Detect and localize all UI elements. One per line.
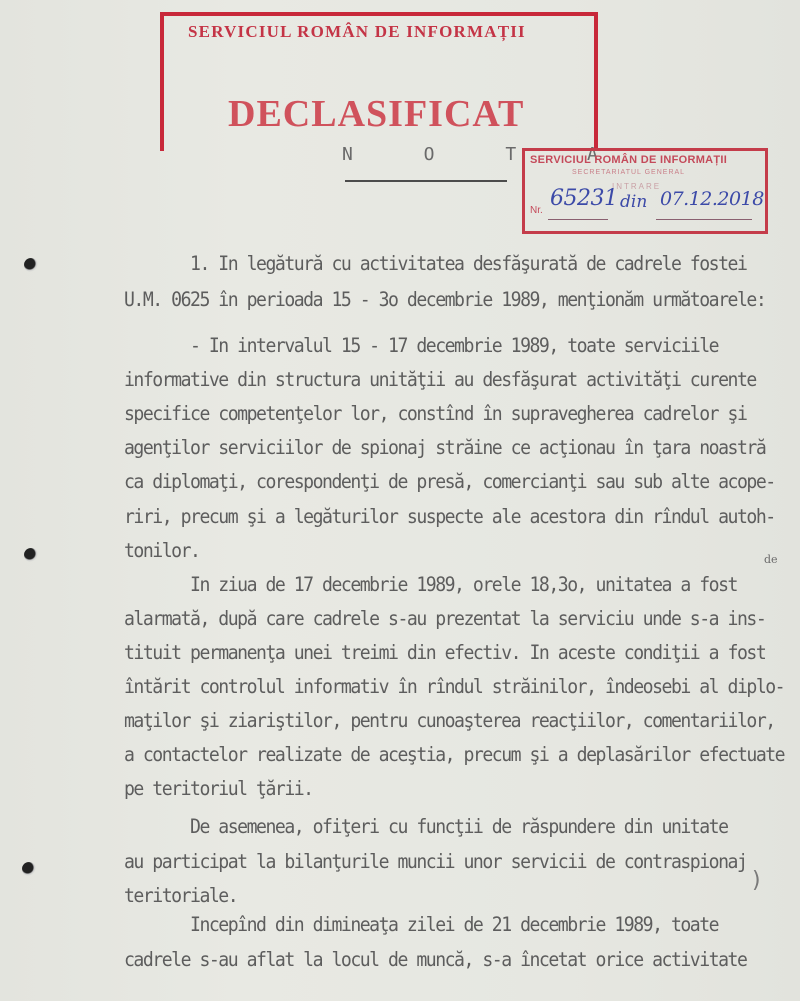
text-line: De asemenea, ofiţeri cu funcţii de răspu… [124, 815, 728, 838]
text-line: teritoriale. [124, 884, 237, 907]
registration-stamp-entry: INTRARE [612, 182, 661, 191]
text-line: tituit permanenţa unei treimi din efecti… [124, 641, 765, 664]
text-line: U.M. 0625 în perioada 15 - 3o decembrie … [124, 288, 765, 311]
stamp-status: DECLASIFICAT [228, 92, 524, 136]
text-line: informative din structura unităţii au de… [124, 368, 756, 391]
handwritten-correction: de [764, 553, 778, 566]
text-line: Incepînd din dimineaţa zilei de 21 decem… [124, 913, 718, 936]
registration-stamp-department: SECRETARIATUL GENERAL [572, 169, 685, 176]
text-line: riri, precum şi a legăturilor suspecte a… [124, 505, 775, 528]
text-line: agenţilor serviciilor de spionaj străine… [124, 436, 765, 459]
punch-hole [22, 862, 36, 876]
title-underline [345, 180, 507, 182]
text-line: a contactelor realizate de aceştia, prec… [124, 743, 784, 766]
punch-hole [24, 258, 38, 272]
registration-nr-label: Nr. [530, 205, 543, 216]
registration-date-word: din [620, 192, 647, 212]
margin-mark: ) [752, 868, 761, 893]
text-line: alarmată, după care cadrele s-au prezent… [124, 607, 765, 630]
registration-number: 65231 [550, 186, 618, 211]
text-line: au participat la bilanţurile muncii unor… [124, 850, 746, 873]
text-line: In ziua de 17 decembrie 1989, orele 18,3… [124, 573, 737, 596]
registration-underline [656, 219, 752, 220]
text-line: întărit controlul informativ în rîndul s… [124, 675, 784, 698]
text-line: tonilor. [124, 539, 199, 562]
text-line: pe teritoriul ţării. [124, 777, 313, 800]
registration-date: 07.12.2018 [660, 188, 764, 210]
text-line: - In intervalul 15 - 17 decembrie 1989, … [124, 334, 718, 357]
text-line: maţilor şi ziariştilor, pentru cunoaşter… [124, 709, 775, 732]
registration-underline [548, 219, 608, 220]
text-line: specifice competenţelor lor, constînd în… [124, 402, 746, 425]
punch-hole [24, 548, 38, 562]
registration-stamp-organization: SERVICIUL ROMÂN DE INFORMAȚII [530, 154, 727, 166]
text-line: 1. In legătură cu activitatea desfăşurat… [124, 252, 746, 275]
text-line: cadrele s-au aflat la locul de muncă, s-… [124, 948, 746, 971]
stamp-organization: SERVICIUL ROMÂN DE INFORMAȚII [188, 22, 526, 42]
text-line: ca diplomaţi, corespondenţi de presă, co… [124, 470, 775, 493]
